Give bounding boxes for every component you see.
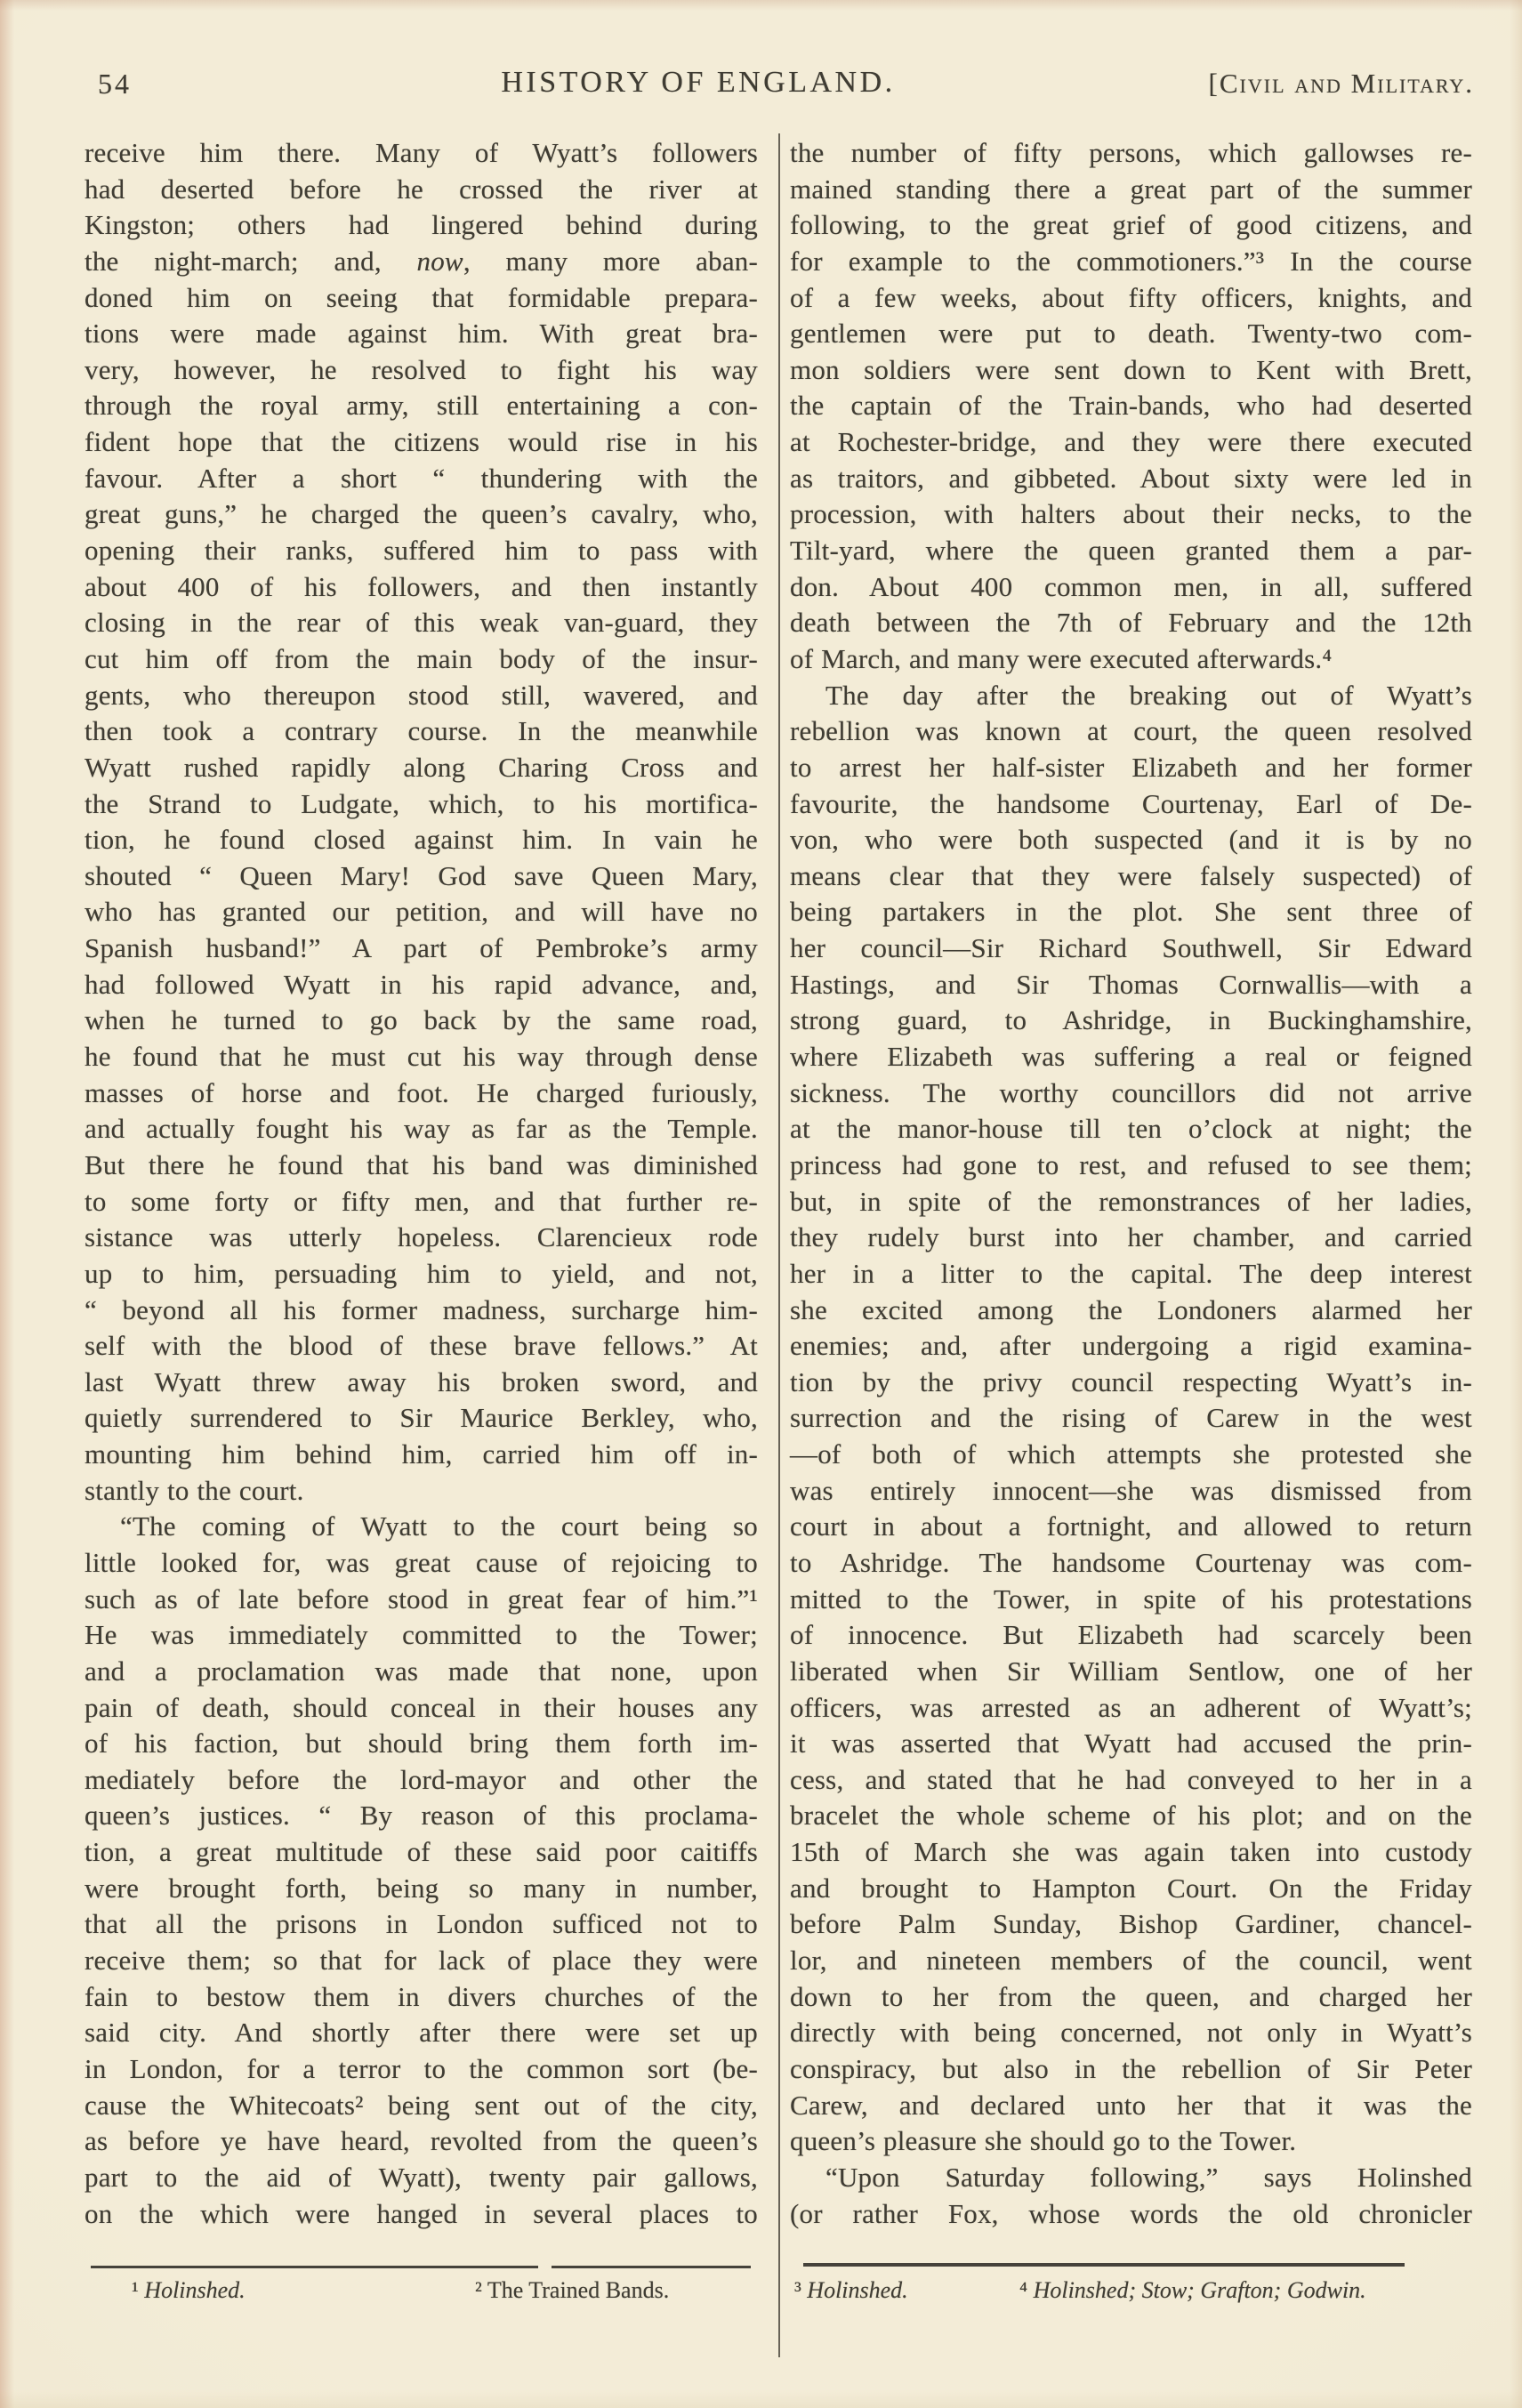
text-line: procession, with halters about their nec… — [790, 496, 1472, 533]
text-line: then took a contrary course. In the mean… — [85, 713, 758, 750]
text-line: that all the prisons in London sufficed … — [85, 1906, 758, 1943]
text-line: it was asserted that Wyatt had accused t… — [790, 1726, 1472, 1762]
right-text-column: the number of fifty persons, which gallo… — [790, 135, 1472, 2232]
text-line: sistance was utterly hopeless. Clarencie… — [85, 1220, 758, 1256]
text-line: where Elizabeth was suffering a real or … — [790, 1039, 1472, 1075]
text-line: to Ashridge. The handsome Courtenay was … — [790, 1545, 1472, 1582]
footnote-rule — [803, 2263, 1405, 2267]
text-line: such as of late before stood in great fe… — [85, 1582, 758, 1618]
text-line: her in a litter to the capital. The deep… — [790, 1256, 1472, 1293]
text-line: as before ye have heard, revolted from t… — [85, 2123, 758, 2160]
text-line: were brought forth, being so many in num… — [85, 1871, 758, 1907]
text-line: death between the 7th of February and th… — [790, 605, 1472, 641]
text-line: bracelet the whole scheme of his plot; a… — [790, 1798, 1472, 1834]
text-line: Carew, and declared unto her that it was… — [790, 2088, 1472, 2124]
text-line: The day after the breaking out of Wyatt’… — [790, 678, 1472, 714]
footnote: ⁴ Holinshed; Stow; Grafton; Godwin. — [1019, 2277, 1366, 2304]
text-line: princess had gone to rest, and refused t… — [790, 1148, 1472, 1184]
text-line: tion, a great multitude of these said po… — [85, 1834, 758, 1871]
text-line: the captain of the Train-bands, who had … — [790, 388, 1472, 424]
footnote: ¹ Holinshed. — [132, 2277, 246, 2304]
text-line: the Strand to Ludgate, which, to his mor… — [85, 786, 758, 823]
text-line: queen’s pleasure she should go to the To… — [790, 2123, 1472, 2160]
text-line: enemies; and, after undergoing a rigid e… — [790, 1328, 1472, 1365]
text-line: court in about a fortnight, and allowed … — [790, 1509, 1472, 1545]
text-line: on the which were hanged in several plac… — [85, 2196, 758, 2233]
text-line: in London, for a terror to the common so… — [85, 2051, 758, 2088]
text-line: down to her from the queen, and charged … — [790, 1979, 1472, 2016]
text-line: self with the blood of these brave fello… — [85, 1328, 758, 1365]
text-line: she excited among the Londoners alarmed … — [790, 1293, 1472, 1329]
text-line: of a few weeks, about fifty officers, kn… — [790, 280, 1472, 317]
text-line: mained standing there a great part of th… — [790, 172, 1472, 208]
text-line: von, who were both suspected (and it is … — [790, 822, 1472, 858]
text-line: means clear that they were falsely suspe… — [790, 858, 1472, 895]
text-line: 15th of March she was again taken into c… — [790, 1834, 1472, 1871]
text-line: tion, he found closed against him. In va… — [85, 822, 758, 858]
text-line: favour. After a short “ thundering with … — [85, 461, 758, 497]
text-line: pain of death, should conceal in their h… — [85, 1690, 758, 1727]
left-text-column: receive him there. Many of Wyatt’s follo… — [85, 135, 758, 2232]
text-line: quietly surrendered to Sir Maurice Berkl… — [85, 1400, 758, 1437]
text-line: receive them; so that for lack of place … — [85, 1943, 758, 1979]
text-line: cut him off from the main body of the in… — [85, 641, 758, 678]
text-line: doned him on seeing that formidable prep… — [85, 280, 758, 317]
text-line: rebellion was known at court, the queen … — [790, 713, 1472, 750]
text-line: “ beyond all his former madness, surchar… — [85, 1293, 758, 1329]
text-line: closing in the rear of this weak van-gua… — [85, 605, 758, 641]
text-line: gentlemen were put to death. Twenty-two … — [790, 316, 1472, 352]
text-line: mon soldiers were sent down to Kent with… — [790, 352, 1472, 389]
text-line: he found that he must cut his way throug… — [85, 1039, 758, 1075]
text-line: her council—Sir Richard Southwell, Sir E… — [790, 930, 1472, 967]
page-title: HISTORY OF ENGLAND. — [85, 66, 1312, 100]
text-line: fain to bestow them in divers churches o… — [85, 1979, 758, 2016]
text-line: at Rochester-bridge, and they were there… — [790, 424, 1472, 461]
text-line: as traitors, and gibbeted. About sixty w… — [790, 461, 1472, 497]
text-line: masses of horse and foot. He charged fur… — [85, 1075, 758, 1112]
text-line: the night-march; and, now, many more aba… — [85, 244, 758, 280]
text-line: who has granted our petition, and will h… — [85, 894, 758, 930]
text-line: directly with being concerned, not only … — [790, 2015, 1472, 2051]
text-line: part to the aid of Wyatt), twenty pair g… — [85, 2160, 758, 2196]
footnote: ² The Trained Bands. — [475, 2277, 669, 2304]
text-line: about 400 of his followers, and then ins… — [85, 569, 758, 606]
text-line: mounting him behind him, carried him off… — [85, 1437, 758, 1473]
book-page-scan: { "colors": { "paper": "#f1e9d2", "ink":… — [0, 0, 1522, 2408]
text-line: of March, and many were executed afterwa… — [790, 641, 1472, 678]
text-line: strong guard, to Ashridge, in Buckingham… — [790, 1003, 1472, 1039]
text-line: Tilt-yard, where the queen granted them … — [790, 533, 1472, 569]
text-line: great guns,” he charged the queen’s cava… — [85, 496, 758, 533]
text-line: gents, who thereupon stood still, wavere… — [85, 678, 758, 714]
text-line: —of both of which attempts she protested… — [790, 1437, 1472, 1473]
text-line: liberated when Sir William Sentlow, one … — [790, 1654, 1472, 1690]
text-line: they rudely burst into her chamber, and … — [790, 1220, 1472, 1256]
text-line: cause the Whitecoats² being sent out of … — [85, 2088, 758, 2124]
text-line: (or rather Fox, whose words the old chro… — [790, 2196, 1472, 2233]
text-line: before Palm Sunday, Bishop Gardiner, cha… — [790, 1906, 1472, 1943]
text-line: don. About 400 common men, in all, suffe… — [790, 569, 1472, 606]
text-line: was entirely innocent—she was dismissed … — [790, 1473, 1472, 1510]
text-line: favourite, the handsome Courtenay, Earl … — [790, 786, 1472, 823]
text-line: through the royal army, still entertaini… — [85, 388, 758, 424]
text-line: had followed Wyatt in his rapid advance,… — [85, 967, 758, 1003]
text-line: surrection and the rising of Carew in th… — [790, 1400, 1472, 1437]
text-line: Wyatt rushed rapidly along Charing Cross… — [85, 750, 758, 786]
text-line: Spanish husband!” A part of Pembroke’s a… — [85, 930, 758, 967]
footnote-rule — [552, 2266, 751, 2268]
text-line: had deserted before he crossed the river… — [85, 172, 758, 208]
text-line: shouted “ Queen Mary! God save Queen Mar… — [85, 858, 758, 895]
text-line: to arrest her half-sister Elizabeth and … — [790, 750, 1472, 786]
text-line: being partakers in the plot. She sent th… — [790, 894, 1472, 930]
text-line: when he turned to go back by the same ro… — [85, 1003, 758, 1039]
text-line: lor, and nineteen members of the council… — [790, 1943, 1472, 1979]
footnote: ³ Holinshed. — [794, 2277, 908, 2304]
text-line: and brought to Hampton Court. On the Fri… — [790, 1871, 1472, 1907]
text-line: mediately before the lord-mayor and othe… — [85, 1762, 758, 1799]
text-line: opening their ranks, suffered him to pas… — [85, 533, 758, 569]
text-line: conspiracy, but also in the rebellion of… — [790, 2051, 1472, 2088]
text-line: up to him, persuading him to yield, and … — [85, 1256, 758, 1293]
text-line: Kingston; others had lingered behind dur… — [85, 207, 758, 244]
text-line: little looked for, was great cause of re… — [85, 1545, 758, 1582]
text-line: receive him there. Many of Wyatt’s follo… — [85, 135, 758, 172]
header-running-label: [Civil and Military. — [1209, 68, 1474, 100]
text-line: of innocence. But Elizabeth had scarcely… — [790, 1617, 1472, 1654]
text-line: Hastings, and Sir Thomas Cornwallis—with… — [790, 967, 1472, 1003]
text-line: stantly to the court. — [85, 1473, 758, 1510]
text-line: But there he found that his band was dim… — [85, 1148, 758, 1184]
text-line: tions were made against him. With great … — [85, 316, 758, 352]
text-line: but, in spite of the remonstrances of he… — [790, 1184, 1472, 1220]
text-line: cess, and stated that he had conveyed to… — [790, 1762, 1472, 1799]
text-line: and actually fought his way as far as th… — [85, 1111, 758, 1148]
text-line: “Upon Saturday following,” says Holinshe… — [790, 2160, 1472, 2196]
text-line: tion by the privy council respecting Wya… — [790, 1365, 1472, 1401]
column-divider-rule — [778, 133, 780, 2357]
text-line: “The coming of Wyatt to the court being … — [85, 1509, 758, 1545]
text-line: for example to the commotioners.”³ In th… — [790, 244, 1472, 280]
text-line: and a proclamation was made that none, u… — [85, 1654, 758, 1690]
text-line: fident hope that the citizens would rise… — [85, 424, 758, 461]
text-line: of his faction, but should bring them fo… — [85, 1726, 758, 1762]
text-line: at the manor-house till ten o’clock at n… — [790, 1111, 1472, 1148]
text-line: officers, was arrested as an adherent of… — [790, 1690, 1472, 1727]
text-line: sickness. The worthy councillors did not… — [790, 1075, 1472, 1112]
text-line: said city. And shortly after there were … — [85, 2015, 758, 2051]
text-line: queen’s justices. “ By reason of this pr… — [85, 1798, 758, 1834]
text-line: very, however, he resolved to fight his … — [85, 352, 758, 389]
footnote-rule — [91, 2266, 538, 2268]
text-line: He was immediately committed to the Towe… — [85, 1617, 758, 1654]
text-line: following, to the great grief of good ci… — [790, 207, 1472, 244]
text-line: the number of fifty persons, which gallo… — [790, 135, 1472, 172]
text-line: to some forty or fifty men, and that fur… — [85, 1184, 758, 1220]
text-line: mitted to the Tower, in spite of his pro… — [790, 1582, 1472, 1618]
text-line: last Wyatt threw away his broken sword, … — [85, 1365, 758, 1401]
